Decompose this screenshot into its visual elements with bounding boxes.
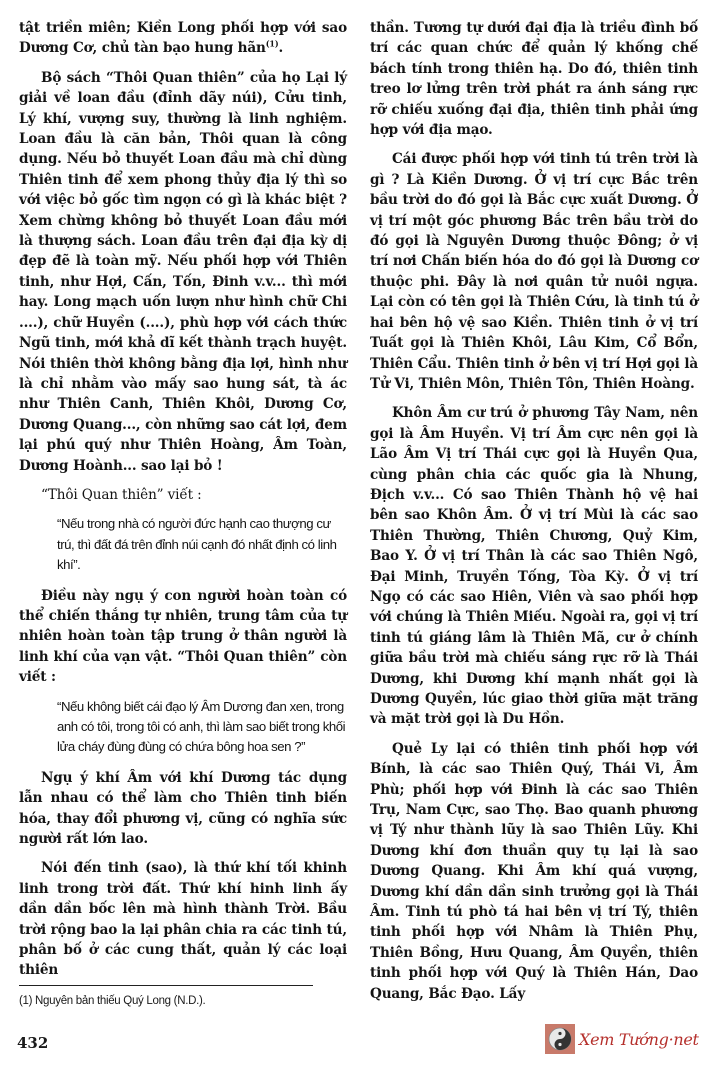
footnote-marker: (1): [266, 39, 279, 49]
paragraph: tật triền miên; Kiền Long phối hợp với s…: [19, 18, 347, 59]
footnote-divider: [19, 985, 313, 986]
paragraph: Bộ sách “Thôi Quan thiên” của họ Lại lý …: [19, 68, 347, 476]
page-number: 432: [17, 1034, 48, 1052]
paragraph: thần. Tương tự dưới đại địa là triều đìn…: [370, 18, 698, 140]
right-column: thần. Tương tự dưới đại địa là triều đìn…: [370, 18, 698, 1013]
footnote: (1) Nguyên bản thiếu Quý Long (N.D.).: [19, 995, 205, 1007]
paragraph-text: tật triền miên; Kiền Long phối hợp với s…: [19, 20, 347, 56]
paragraph: Ngụ ý khí Âm với khí Dương tác dụng lẫn …: [19, 768, 347, 850]
watermark: Xem Tướng·net: [545, 1024, 699, 1054]
paragraph: Điều này ngụ ý con người hoàn toàn có th…: [19, 586, 347, 688]
left-column: tật triền miên; Kiền Long phối hợp với s…: [19, 18, 347, 990]
block-quote: “Nếu không biết cái đạo lý Âm Dương đan …: [19, 697, 347, 758]
paragraph: Khôn Âm cư trú ở phương Tây Nam, nên gọi…: [370, 403, 698, 730]
watermark-text: Xem Tướng·net: [579, 1030, 699, 1049]
paragraph-text: .: [278, 40, 283, 56]
paragraph: Quẻ Ly lại có thiên tinh phối hợp với Bí…: [370, 739, 698, 1004]
block-quote: “Nếu trong nhà có người đức hạnh cao thư…: [19, 514, 347, 575]
quote-intro: “Thôi Quan thiên” viết :: [19, 485, 347, 505]
yin-yang-icon: [545, 1024, 575, 1054]
paragraph: Cái được phối hợp với tinh tú trên trời …: [370, 149, 698, 394]
paragraph: Nói đến tinh (sao), là thứ khí tối khinh…: [19, 858, 347, 980]
